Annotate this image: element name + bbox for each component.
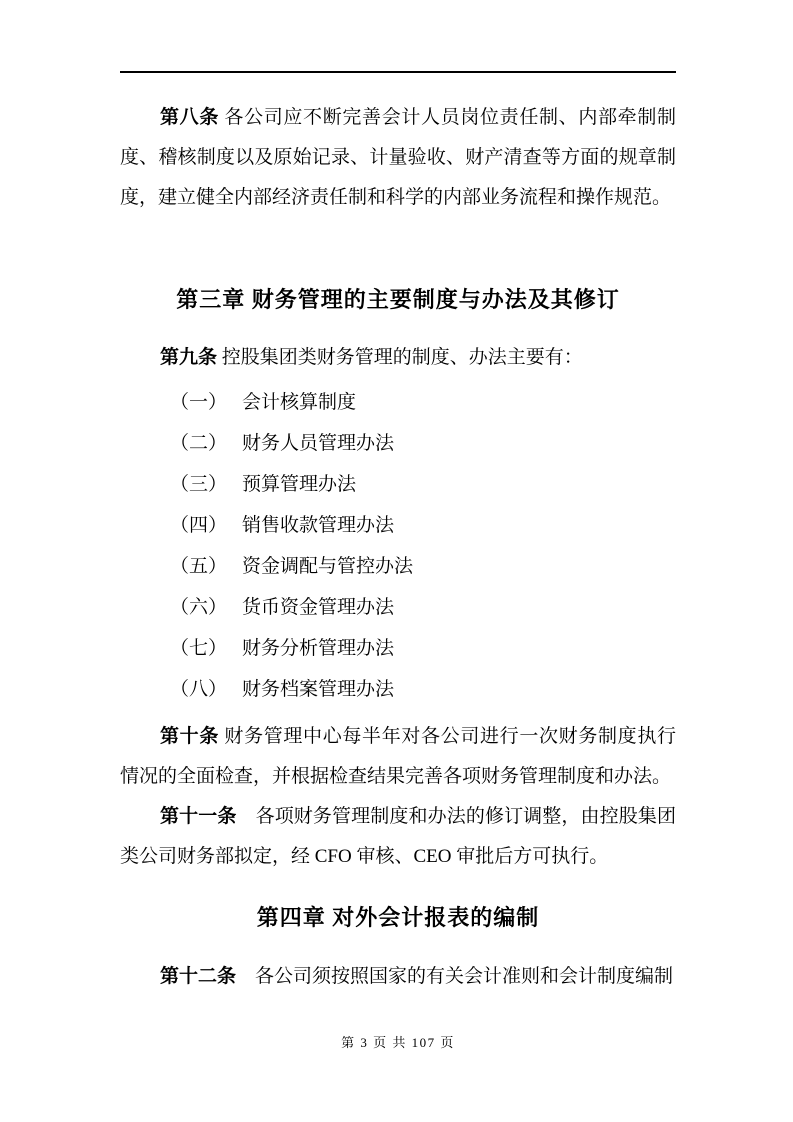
list-item: （四）销售收款管理办法 bbox=[120, 505, 676, 546]
article-9-label: 第九条 bbox=[160, 347, 217, 368]
article-12-paragraph: 第十二条 各公司须按照国家的有关会计准则和会计制度编制 bbox=[120, 957, 676, 997]
list-item-text: 资金调配与管控办法 bbox=[242, 556, 413, 577]
list-item-text: 财务档案管理办法 bbox=[242, 679, 394, 700]
article-12-text: 各公司须按照国家的有关会计准则和会计制度编制 bbox=[236, 966, 673, 987]
list-item-text: 财务人员管理办法 bbox=[242, 433, 394, 454]
list-item-text: 会计核算制度 bbox=[242, 392, 356, 413]
article-11-paragraph: 第十一条 各项财务管理制度和办法的修订调整，由控股集团类公司财务部拟定，经 CF… bbox=[120, 797, 676, 877]
article-12-label: 第十二条 bbox=[160, 966, 236, 987]
article-8-label: 第八条 bbox=[160, 107, 219, 128]
list-item: （一）会计核算制度 bbox=[120, 382, 676, 423]
page-number-footer: 第 3 页 共 107 页 bbox=[120, 1035, 676, 1051]
list-item-number: （二） bbox=[170, 433, 227, 454]
list-item-text: 财务分析管理办法 bbox=[242, 638, 394, 659]
list-item-number: （五） bbox=[170, 556, 227, 577]
article-8-paragraph: 第八条 各公司应不断完善会计人员岗位责任制、内部牵制制度、稽核制度以及原始记录、… bbox=[120, 98, 676, 218]
list-item-number: （一） bbox=[170, 392, 227, 413]
list-item-number: （四） bbox=[170, 515, 227, 536]
list-item: （二）财务人员管理办法 bbox=[120, 423, 676, 464]
list-item-text: 货币资金管理办法 bbox=[242, 597, 394, 618]
list-item: （三）预算管理办法 bbox=[120, 464, 676, 505]
list-item-number: （三） bbox=[170, 474, 227, 495]
header-rule bbox=[120, 71, 676, 73]
document-page: 第八条 各公司应不断完善会计人员岗位责任制、内部牵制制度、稽核制度以及原始记录、… bbox=[0, 0, 793, 1122]
list-item-number: （八） bbox=[170, 679, 227, 700]
list-item-number: （七） bbox=[170, 638, 227, 659]
article-10-paragraph: 第十条 财务管理中心每半年对各公司进行一次财务制度执行情况的全面检查，并根据检查… bbox=[120, 717, 676, 797]
method-list: （一）会计核算制度 （二）财务人员管理办法 （三）预算管理办法 （四）销售收款管… bbox=[120, 382, 676, 710]
list-item-text: 销售收款管理办法 bbox=[242, 515, 394, 536]
article-9-paragraph: 第九条 控股集团类财务管理的制度、办法主要有： bbox=[120, 338, 676, 378]
list-item: （五）资金调配与管控办法 bbox=[120, 546, 676, 587]
list-item-number: （六） bbox=[170, 597, 227, 618]
chapter-4-heading: 第四章 对外会计报表的编制 bbox=[120, 898, 676, 938]
list-item: （六）货币资金管理办法 bbox=[120, 587, 676, 628]
list-item: （七）财务分析管理办法 bbox=[120, 628, 676, 669]
article-9-text: 控股集团类财务管理的制度、办法主要有： bbox=[217, 347, 583, 368]
list-item-text: 预算管理办法 bbox=[242, 474, 356, 495]
article-11-label: 第十一条 bbox=[160, 806, 236, 827]
article-10-label: 第十条 bbox=[160, 726, 219, 747]
list-item: （八）财务档案管理办法 bbox=[120, 669, 676, 710]
chapter-3-heading: 第三章 财务管理的主要制度与办法及其修订 bbox=[120, 280, 676, 320]
